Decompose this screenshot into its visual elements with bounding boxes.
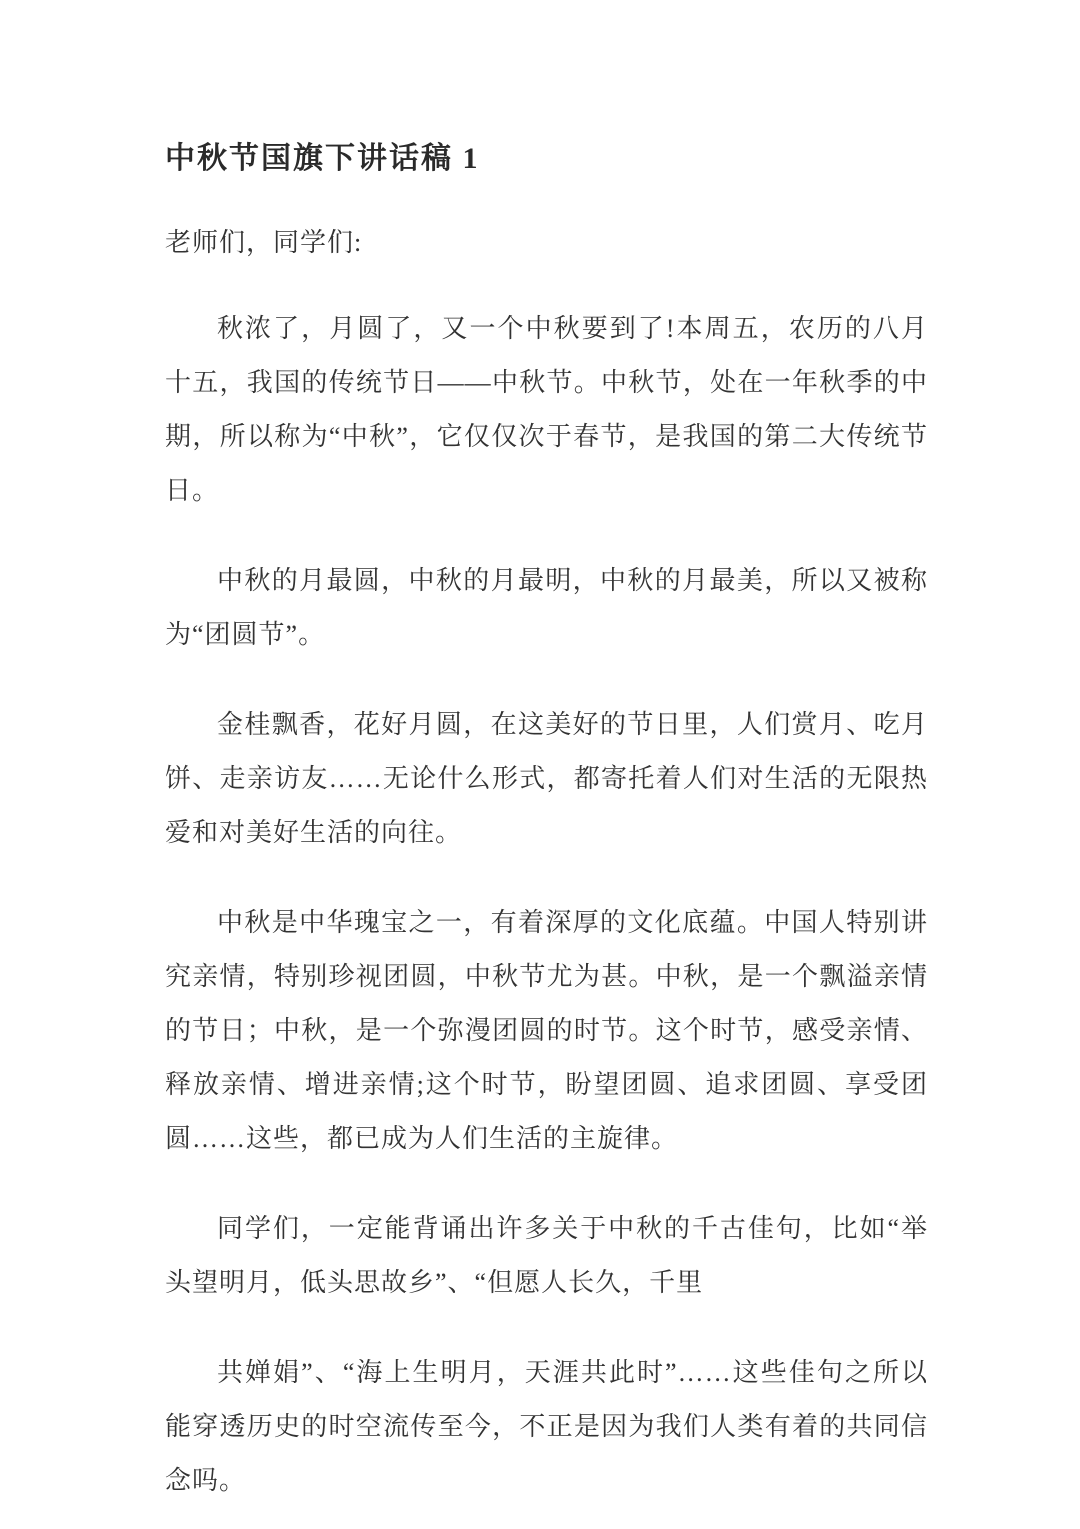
paragraph-4: 中秋是中华瑰宝之一，有着深厚的文化底蕴。中国人特别讲究亲情，特别珍视团圆，中秋节…	[165, 896, 928, 1166]
salutation-line: 老师们，同学们:	[165, 226, 928, 260]
paragraph-1: 秋浓了，月圆了，又一个中秋要到了!本周五，农历的八月十五，我国的传统节日——中秋…	[165, 302, 928, 518]
paragraph-2: 中秋的月最圆，中秋的月最明，中秋的月最美，所以又被称为“团圆节”。	[165, 554, 928, 662]
paragraph-5: 同学们，一定能背诵出许多关于中秋的千古佳句，比如“举头望明月，低头思故乡”、“但…	[165, 1202, 928, 1310]
document-title: 中秋节国旗下讲话稿 1	[165, 138, 928, 180]
paragraph-6: 共婵娟”、“海上生明月，天涯共此时”……这些佳句之所以能穿透历史的时空流传至今，…	[165, 1346, 928, 1508]
paragraph-3: 金桂飘香，花好月圆，在这美好的节日里，人们赏月、吃月饼、走亲访友……无论什么形式…	[165, 698, 928, 860]
document-page: 中秋节国旗下讲话稿 1 老师们，同学们: 秋浓了，月圆了，又一个中秋要到了!本周…	[0, 0, 1080, 1529]
